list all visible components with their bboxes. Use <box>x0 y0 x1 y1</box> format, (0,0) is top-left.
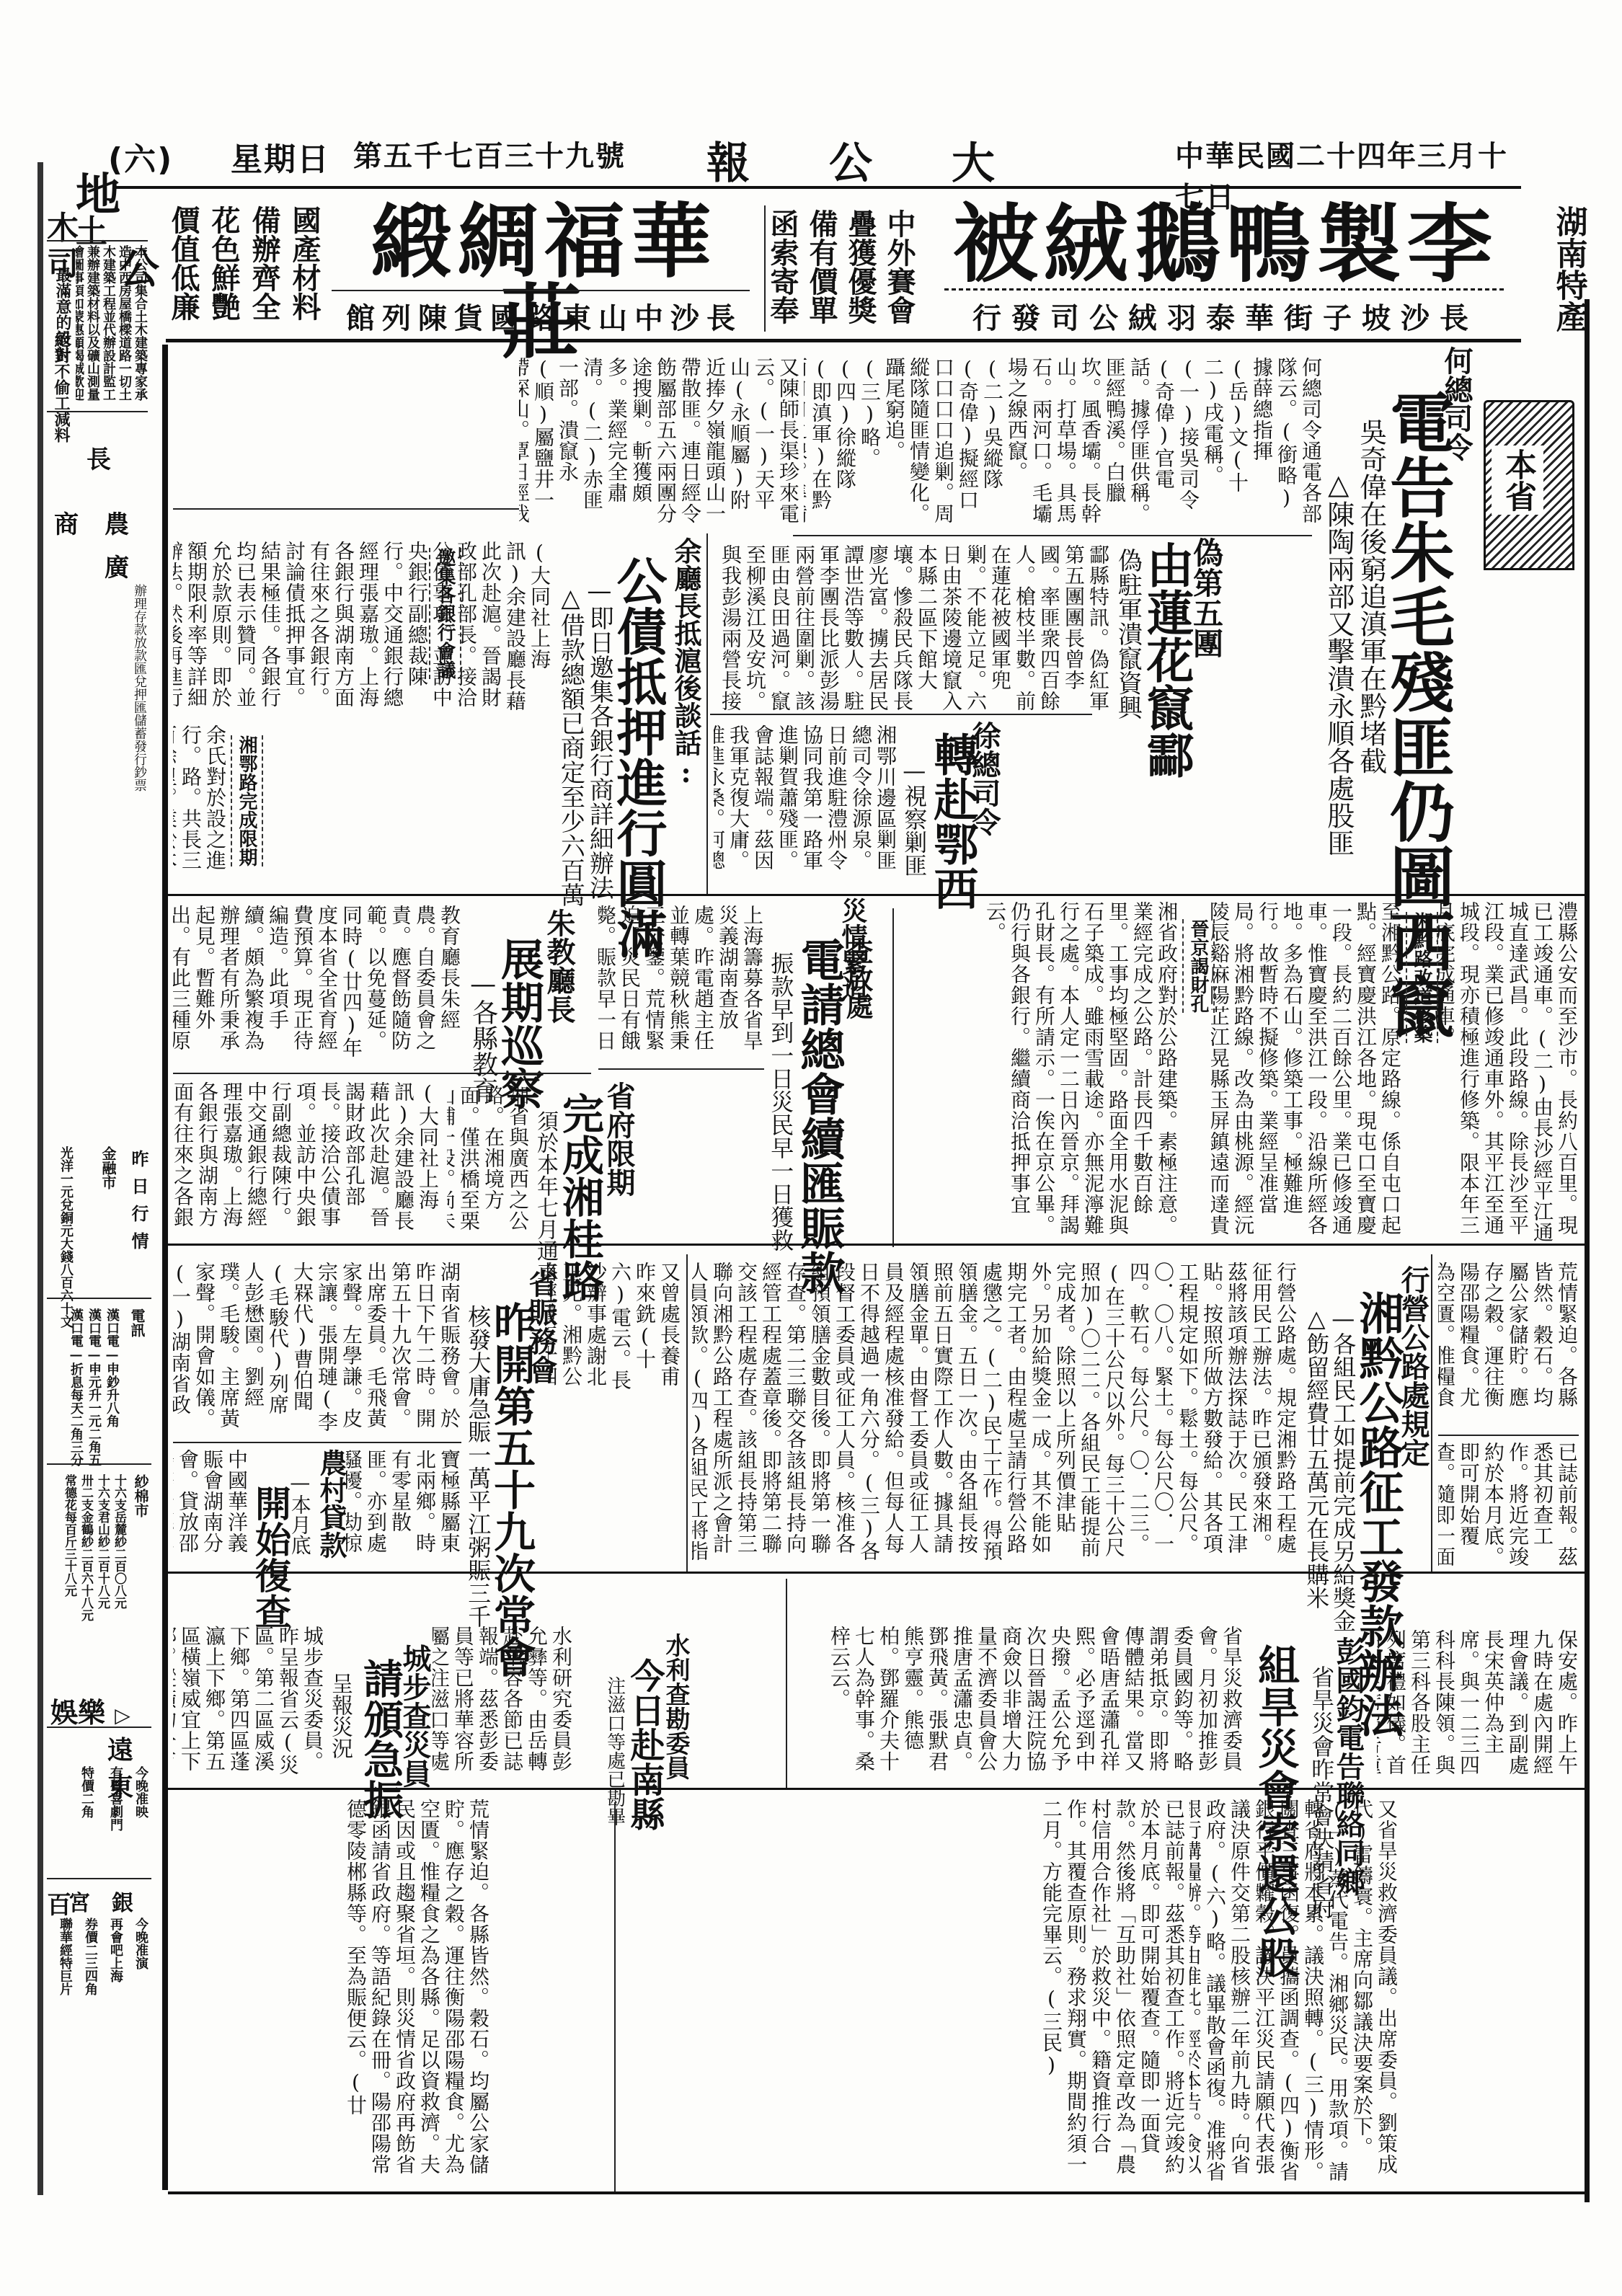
article-subhead: 呈報災況 <box>328 1672 352 1759</box>
section-rule <box>168 1788 1585 1790</box>
ad-address-huafu: 長沙中山東路國貨陳列館 <box>332 296 757 337</box>
article-divider <box>793 535 1312 536</box>
venue-price: 券價二三四角 <box>79 1918 101 1995</box>
masthead-rule <box>115 186 1521 189</box>
article-headline: 轉赴鄂西 <box>930 732 975 910</box>
article-divider <box>173 508 519 510</box>
ad-side-li-down: 中外賽會 疊獲優獎 備有價單 函索寄奉 <box>779 209 916 332</box>
market-section-name: 電訊 <box>126 1308 148 1337</box>
market-title: 昨日行情 <box>126 1150 151 1259</box>
article-body: 湘省與廣西之公路。在湘境方面。僅洪橋至栗山舖一段。尚未修成。蔣委員長曾一再來電督… <box>447 1085 530 1236</box>
rule <box>47 1463 151 1465</box>
rule <box>47 240 148 241</box>
article-body: 保安處。昨上午九時在處內開經理會議。到副處長宋英仲為主席。與一二三四科科長陳領。… <box>1377 1629 1579 1784</box>
paper-name-char-3: 報 <box>706 129 751 191</box>
article-divider <box>706 533 708 894</box>
market-section-name: 金融市 <box>97 1146 119 1189</box>
section-rule <box>168 894 1585 896</box>
ad-tag-hunan-specialty: 湖南特產 <box>1550 205 1587 350</box>
article-inset-heading: 湘鄂路完成限期 <box>231 735 263 866</box>
ad-wavy-rule <box>944 288 1507 291</box>
market-line: 漢口電—折息每天二角三分 <box>65 1308 87 1466</box>
rule <box>47 1727 151 1728</box>
article-body: 已誌前報。茲悉其初查工作。將近完竣約於本月底。即可開始覆查。隨即一面貸款。然後將… <box>1438 1442 1579 1568</box>
page-bottom-rule <box>168 2191 1585 2194</box>
article-kicker: 城步查災員 <box>400 1644 429 1788</box>
paper-name-char-1: 大 <box>952 129 996 191</box>
article-divider <box>173 1442 461 1443</box>
article-inset-heading: 邀集各銀行會議 <box>429 548 461 679</box>
article-divider <box>1431 1254 1432 1572</box>
venue-program: 有聲喜劇門 <box>105 1766 126 1831</box>
entertainment-title-text: 娛樂 <box>50 1696 105 1729</box>
section-rule <box>168 1244 1585 1246</box>
entertainment-title: 娛樂 ▷ <box>50 1690 130 1730</box>
ad-side-line: 花色鮮艷 <box>207 205 240 335</box>
ad-char: 長 <box>87 440 111 475</box>
ad-side-huafu: 國產材料 備辦齊全 花色鮮艷 價值低廉 <box>133 205 321 335</box>
article-body: 城步查災委員。昨呈報省云(災區。第二區威溪下鄉。第四區蓬瀛上下鄉。第五區橫嶺威宜… <box>173 1626 324 1784</box>
article-divider <box>710 714 1092 715</box>
article-subhead: 偽駐軍潰竄資興 <box>1114 548 1140 719</box>
article-headline: 請頒急振 <box>360 1658 401 1819</box>
ad-side-line: 函索寄奉 <box>766 209 799 332</box>
ad-side-line: 備辦齊全 <box>247 205 280 335</box>
rule <box>47 411 148 412</box>
issue-number: 第五千七百三十九號 <box>353 133 626 174</box>
ad-char: 農 <box>105 505 129 540</box>
article-kicker: 水利查勘委員 <box>663 1633 688 1780</box>
article-body: 上海籌募各省旱災義湖南查放處。昨電趙主任並轉葉競秋熊秉三公鑒。荒情緊迫。災民日有… <box>598 905 764 1063</box>
article-body <box>699 1626 782 1784</box>
ad-side-line: 國產材料 <box>288 205 321 335</box>
play-triangle-icon: ▷ <box>115 1703 130 1727</box>
article-kicker: 省府限期 <box>604 1081 633 1197</box>
weekday: 星期日 <box>231 133 330 179</box>
article-kicker: 偽第五團 <box>1191 537 1221 658</box>
article-subhead: —各組民工如提前完成另給獎金 <box>1330 1305 1355 1632</box>
venue-program: 聯華經特巨片 <box>54 1918 76 1995</box>
article-body: 水利研究委員彭允彝等。由岳轉赴華容各節已誌報端。茲悉彭委員等已將華容所屬之注滋口… <box>433 1626 573 1784</box>
article-subhead: 須於本年七月通車 <box>533 1110 557 1283</box>
ad-farm-bank: 長 農 商 廣 辦理存款放款匯兌押匯儲蓄發行鈔票 <box>47 425 155 1074</box>
article-headline: 公債抵押進行圓滿 <box>613 555 663 959</box>
ad-side-line: 價值低廉 <box>167 205 200 335</box>
article-body: 湖南省賑務會。於昨日下午二時。開第五十九次常會。出席委員。毛飛黃家聲。左學謙。皮… <box>173 1262 461 1435</box>
market-quotes: 昨日行情 金融市 光洋一元兌銅元大錢八百六十文 電訊 漢口電—申鈔升八角 漢口電… <box>47 1121 155 1683</box>
ad-address-li-down: 長沙坡子街華泰羽絨公司發行 <box>930 296 1521 337</box>
article-body: 荒情緊迫。各縣皆然。穀石。均屬公家儲貯。應存之穀。運往衡陽邵陽糧食。尤為空匱。惟… <box>173 1799 490 2188</box>
market-section-name: 紗棉市 <box>130 1474 151 1517</box>
masthead: (六) 星期日 第五千七百三十九號 報 公 大 中華民國二十四年三月十七日 <box>108 133 1514 177</box>
article-headline: 電請總會續匯賑款 <box>797 937 841 1295</box>
article-subhead: 核發大庸急賑一萬平江粥賑三千 <box>465 1305 490 1628</box>
market-line: 光洋一元兌銅元大錢八百六十文 <box>58 1146 74 1328</box>
article-divider <box>598 1068 764 1070</box>
article-divider <box>892 908 894 1247</box>
article-body: 湘省政府對於公路建築。素極注意。業經完成之公路。計長四千數百餘里。工事均極堅固。… <box>894 901 1179 1247</box>
ad-side-line: 中外賽會 <box>882 209 916 332</box>
article-body: 余氏對於設之進行。路。共長三百餘里。業於本年工役。約有二萬餘人。預計本年 <box>173 724 227 890</box>
article-divider <box>786 1579 787 1788</box>
article-kicker: 農村貸款 <box>317 1449 345 1559</box>
article-body: 又陳師長渠珍來電云。(一)天平山(永順屬)附近捧夕嶺龍頭山一帶散匪。連日經令飭屬… <box>519 357 800 530</box>
venue-name: 百 <box>47 1885 71 1920</box>
article-subhead: 吳奇偉在後窮追滇軍在黔堵截 <box>1355 418 1386 774</box>
ad-divider <box>764 205 766 332</box>
article-divider <box>614 1802 616 2191</box>
article-body: 行營公路處。規定湘黔路工程處征用民工辦法。昨已頒發來湘。茲將該項辦法探誌于次。民… <box>692 1262 1298 1568</box>
article-subhead: △飭留經費廿五萬元在長購米 <box>1303 1305 1329 1609</box>
article-body: 荒情緊迫。各縣皆然。穀石。均屬公家儲貯。應存之穀。運往衡陽邵陽糧食。尤為空匱。惟… <box>1438 1262 1579 1427</box>
article-subhead: △借款總額已商定至少六百萬 <box>557 584 583 907</box>
section-label: 本省 <box>1492 446 1543 515</box>
article-body: 又省旱災救濟委員議。出席委員。劉策成代)雷鑄寰。主席向鄒議決要案於下。(一)蒸代… <box>1189 1799 1399 2188</box>
venue-name: 銀宮 <box>68 1885 155 1917</box>
article-subhead: △陳陶兩部又擊潰永順各處股匪 <box>1323 469 1353 856</box>
article-body <box>620 1799 851 2188</box>
article-body: 教育廳長朱經農。自委員會之責。應督飭隨防範。以免蔓延。同時(廿四)年度本省全省育… <box>173 905 461 1063</box>
article-body: 中國華洋義賑會湖南分會。貸放邵陽等十縣旱災農賑。以資救濟。業經 <box>173 1449 249 1568</box>
paper-name-char-2: 公 <box>829 129 874 191</box>
ad-char: 廣 <box>105 548 129 583</box>
article-subhead: 振款早到一日災民早一日獲救 <box>768 952 793 1251</box>
article-kicker: 朱教廳長 <box>544 908 573 1024</box>
article-headline: 展期巡察 <box>497 937 541 1110</box>
market-line: 常德花每百斤三十八元 <box>58 1474 80 1597</box>
ad-farm-bank-text: 辦理存款放款匯兌押匯儲蓄發行鈔票 <box>83 584 148 1016</box>
article-divider <box>173 1073 591 1074</box>
article-inset-heading: 湘黔路改道修築 <box>1406 912 1438 1043</box>
right-border <box>1585 299 1590 2202</box>
ad-char: 商 <box>54 505 79 540</box>
article-body: 酃縣特訊。偽紅軍第五團團長曾李國。率匪衆四百餘人。槍枝半數。前在蓮花被國軍兜剿。… <box>721 544 1110 717</box>
left-border <box>37 162 43 2195</box>
rule <box>47 1878 151 1879</box>
entertainment-listings: 娛樂 ▷ 遠東 今晚准映 有聲喜劇門 特價二角 銀宮 今晚准演 再會吧上海 券價… <box>47 1687 155 2083</box>
article-body: 已誌前報。茲悉其初查工作。將近完竣約於本月底。即可開始覆查。隨即一面貸款。然後將… <box>858 1799 1186 2188</box>
article-headline: 由蓮花竄酃 <box>1143 541 1190 779</box>
article-body: (大同社上海訊)余建設廳長藉此次赴滬。晉謁財政部孔部長。接洽公債事項。並訪中央銀… <box>173 541 551 714</box>
venue-status: 今晚准映 <box>130 1766 151 1818</box>
article-subhead: —各縣教育 <box>469 970 497 1103</box>
ad-bottom-rule <box>166 339 1521 342</box>
rule <box>47 1298 151 1299</box>
article-inset-heading: 晉京謁財孔 <box>1182 919 1215 1013</box>
section-rule <box>168 1572 1585 1574</box>
article-body: 澧縣公安而至沙市。長約八百里。現已工竣通車。(二)由長沙經平江通城直達武昌。此段… <box>1435 901 1579 1247</box>
article-subhead: —即日邀集各銀行商詳細辦法 <box>585 577 612 900</box>
venue-program: 再會吧上海 <box>105 1918 126 1982</box>
article-body: 寶極縣屬東北兩鄉。時有零星散匪。亦到處騷擾。劫掠一空。請頒急賑萬元。分設粥廠。以… <box>346 1449 461 1568</box>
ad-side-line: 疊獲優獎 <box>843 209 877 332</box>
article-body: 湘鄂川邊區剿匪總司令徐源泉。日前進駐澧州令協同我第一路軍進剿賀蕭殘匪。會誌報端。… <box>714 724 898 890</box>
article-body: 何總司令通電各部隊云。(銜略)據薛總指揮(岳)文(十二)戌電稱。(一)接吳司令(… <box>804 357 1323 530</box>
article-headline: 開始復查 <box>252 1485 288 1629</box>
section-icon-pagoda: 本省 <box>1484 400 1574 570</box>
article-divider <box>1438 1435 1579 1436</box>
article-subhead: —視察剿匪 <box>901 757 926 877</box>
article-kicker: 余廳長抵滬後談話: <box>672 537 699 789</box>
article-body: 省旱災救濟委員會。月初加推彭委員國鈞等。略謂弟抵京。即將傳體結果。當又會晤唐孟瀟… <box>793 1626 1244 1784</box>
ad-construction-text: 本公司集合土木建築專家承造中西房屋橋樑道路一切土木建築工程並代辦設計監工兼辦建築… <box>76 245 148 411</box>
article-kicker: 查放處 <box>843 937 871 1019</box>
article-headline: 昨開第五十九次常會 <box>490 1301 532 1677</box>
venue-status: 今晚准演 <box>130 1918 151 1969</box>
article-body-misc: (大同社上海訊)余建設廳長藉此次赴滬。晉謁財政部孔部長。接洽公債事項。並訪中央銀… <box>173 1081 440 1236</box>
article-divider <box>686 1254 688 1572</box>
article-body: 至湘黔公路。原定路線。係自屯口起點。經寶慶洪江各地。現屯口至寶慶一段。長約二百餘… <box>1211 901 1402 1247</box>
ad-rule <box>332 290 750 291</box>
venue-price: 特價二角 <box>76 1766 97 1818</box>
ad-side-line: 備有價單 <box>805 209 838 332</box>
ad-title-li-down-quilt: 李製鴨鵝絨被 <box>930 202 1521 287</box>
article-body: 又曾處長養甫昨來銑(十六)電云。長沙辦事處謝北正兄。湘黔公路經費三十四萬元。除留… <box>548 1262 681 1406</box>
page-inner-border <box>162 345 168 2190</box>
